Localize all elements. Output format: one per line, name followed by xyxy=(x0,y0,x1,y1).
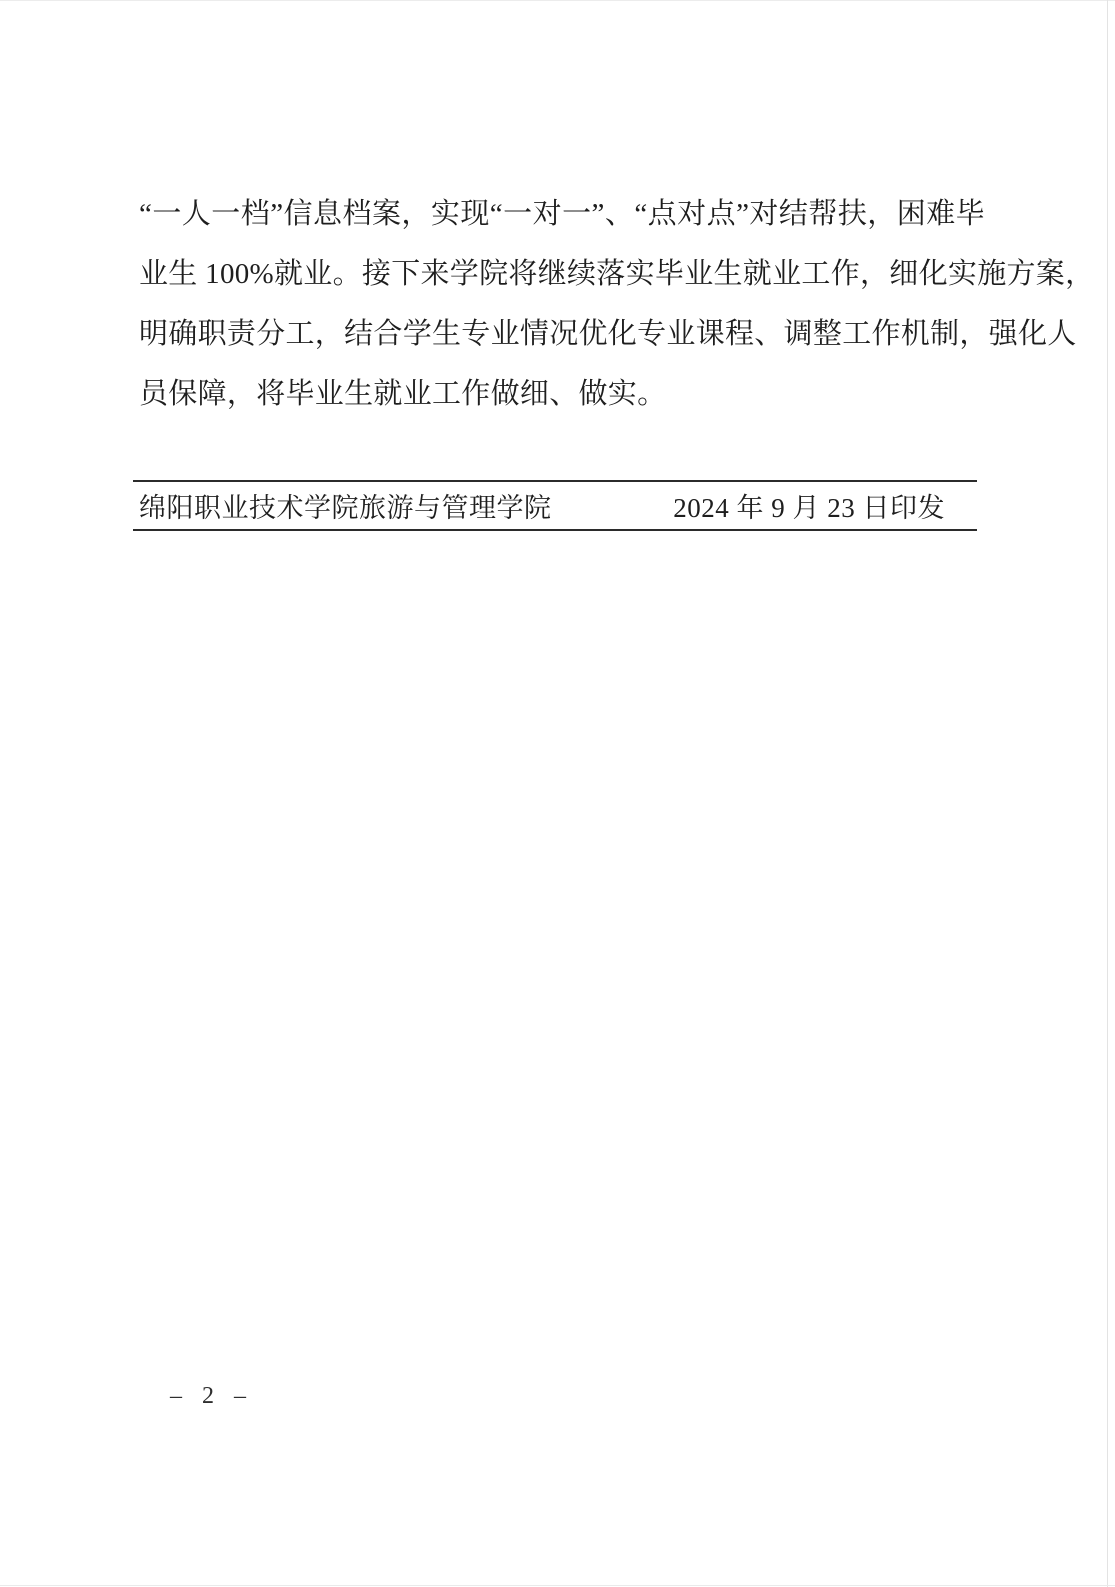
print-date: 2024 年 9 月 23 日印发 xyxy=(673,486,977,525)
colophon-strip: 绵阳职业技术学院旅游与管理学院 2024 年 9 月 23 日印发 xyxy=(133,480,977,531)
document-page: “一人一档”信息档案，实现“一对一”、“点对点”对结帮扶，困难毕 业生 100%… xyxy=(0,0,1115,1587)
body-line-2: 业生 100%就业。接下来学院将继续落实毕业生就业工作，细化实施方案， xyxy=(139,244,985,304)
body-line-1: “一人一档”信息档案，实现“一对一”、“点对点”对结帮扶，困难毕 xyxy=(139,184,985,244)
issuing-department: 绵阳职业技术学院旅游与管理学院 xyxy=(133,486,552,525)
body-line-3: 明确职责分工，结合学生专业情况优化专业课程、调整工作机制，强化人 xyxy=(139,304,985,364)
page-number: – 2 – xyxy=(170,1383,250,1410)
page-edge-right xyxy=(1107,0,1108,1587)
page-edge-bottom xyxy=(0,1585,1115,1586)
body-paragraph: “一人一档”信息档案，实现“一对一”、“点对点”对结帮扶，困难毕 业生 100%… xyxy=(139,184,985,424)
page-edge-top xyxy=(0,0,1115,1)
body-line-4: 员保障，将毕业生就业工作做细、做实。 xyxy=(139,364,985,424)
